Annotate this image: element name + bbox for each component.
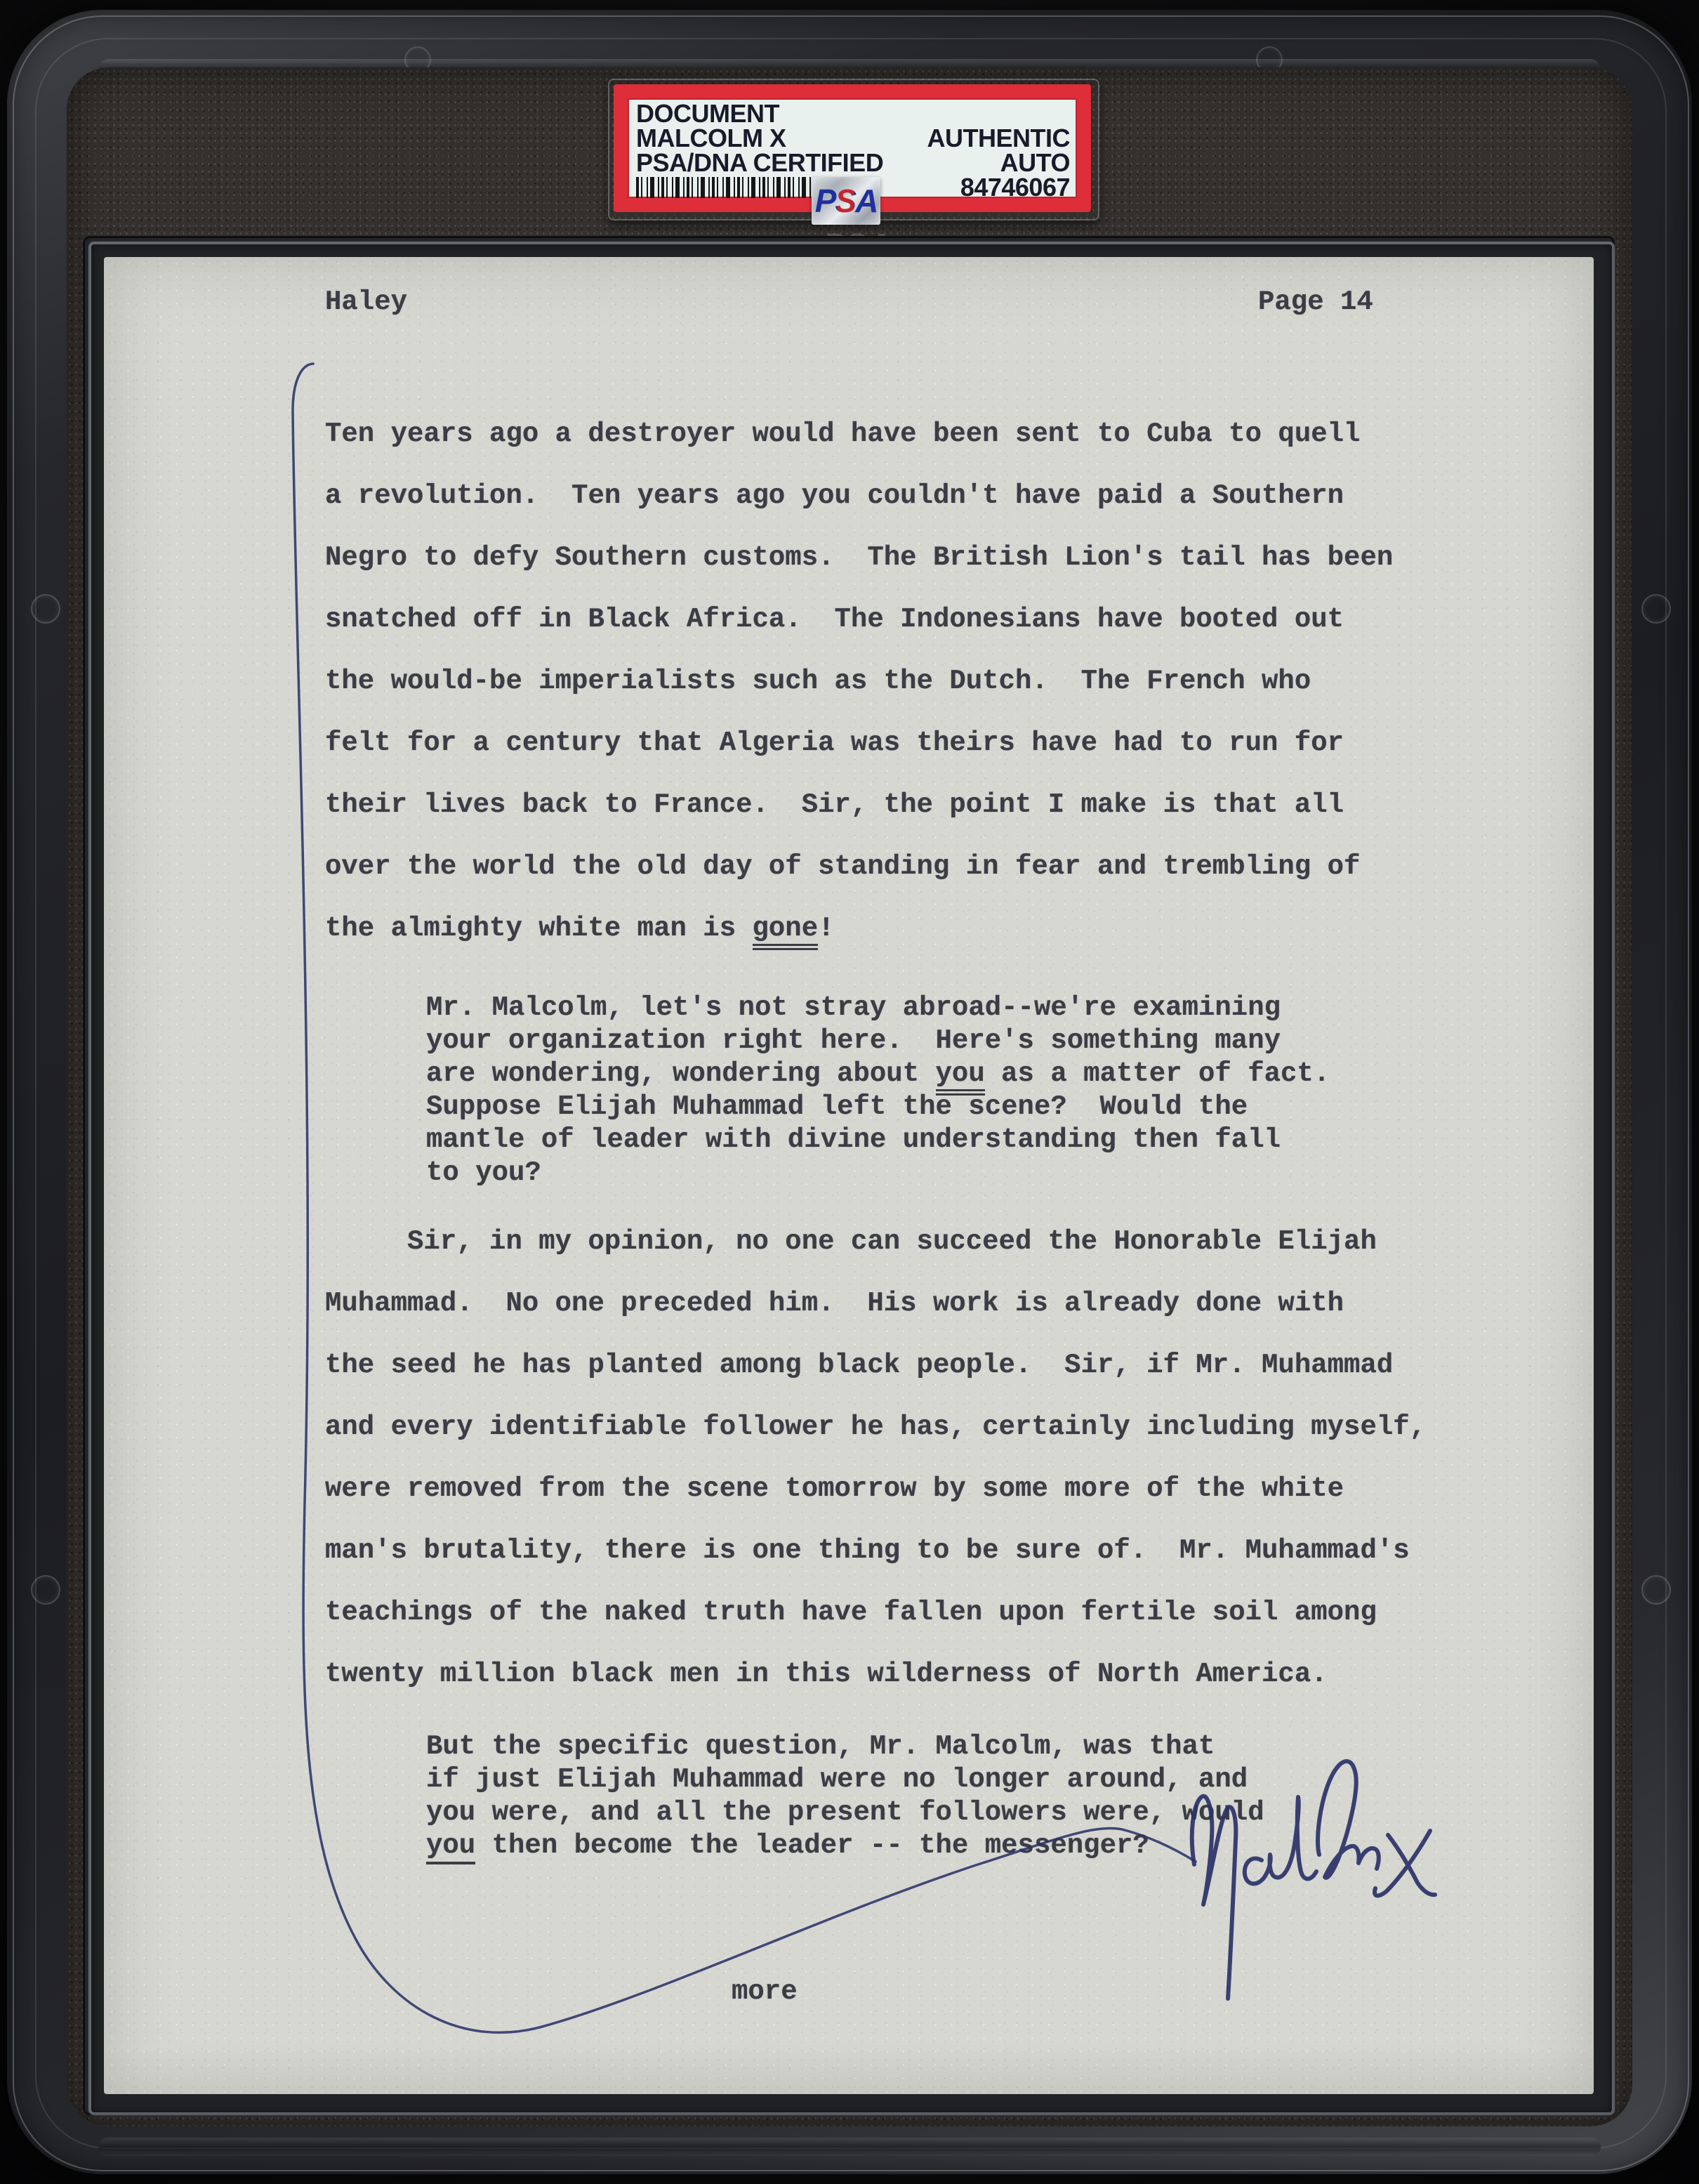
slab-weld-left-upper — [31, 594, 60, 624]
label-right-column: AUTHENTIC AUTO 84746067 — [927, 101, 1070, 199]
label-subject: MALCOLM X — [636, 126, 922, 150]
slab-weld-left-lower — [31, 1575, 60, 1605]
typed-blockquote-1: Mr. Malcolm, let's not stray abroad--we'… — [426, 992, 1330, 1190]
label-barcode — [636, 177, 826, 198]
typed-paragraph-1: Ten years ago a destroyer would have bee… — [325, 403, 1393, 959]
typed-blockquote-2: But the specific question, Mr. Malcolm, … — [426, 1730, 1264, 1862]
slab-bottom-seam — [98, 2138, 1601, 2156]
psa-logo-text: PSA — [815, 182, 878, 220]
label-item-type: DOCUMENT — [636, 101, 922, 126]
label-cert-number: 84746067 — [927, 175, 1070, 199]
slab-weld-right-upper — [1641, 594, 1671, 624]
page-header-author: Haley — [325, 287, 407, 317]
label-auto: AUTO — [927, 150, 1070, 175]
psa-hologram-logo: PSA — [812, 177, 880, 225]
label-status: AUTHENTIC — [927, 126, 1070, 150]
graded-document-photo: DOCUMENT MALCOLM X PSA/DNA CERTIFIED AUT… — [0, 0, 1699, 2184]
page-footer-more: more — [732, 1976, 798, 2007]
slab-weld-right-lower — [1641, 1575, 1671, 1605]
typed-paragraph-2: Sir, in my opinion, no one can succeed t… — [325, 1211, 1426, 1705]
label-certifier: PSA/DNA CERTIFIED — [636, 150, 922, 175]
page-header-number: Page 14 — [1258, 287, 1373, 317]
